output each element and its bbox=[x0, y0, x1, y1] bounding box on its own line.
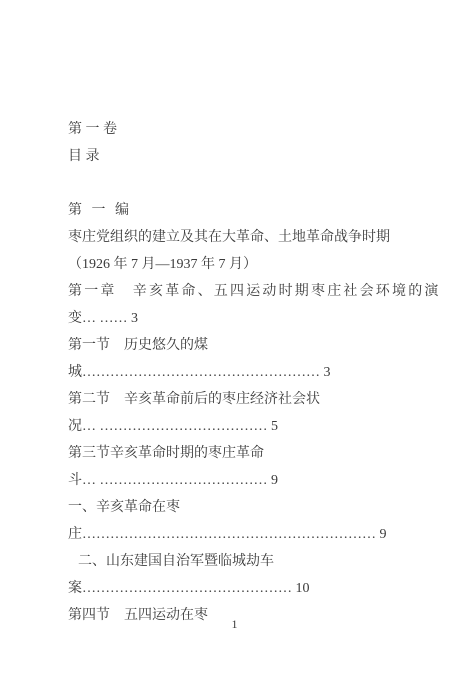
date-range: （1926 年 7 月—1937 年 7 月） bbox=[68, 251, 442, 278]
toc-entry-item1-wrap: 庄……………………………………………………… 9 bbox=[68, 521, 442, 548]
toc-entry-item2: 二、山东建国自治军暨临城劫车 bbox=[78, 548, 442, 575]
toc-entry-section1-wrap: 城…………………………………………… 3 bbox=[68, 359, 442, 386]
part-subtitle: 枣庄党组织的建立及其在大革命、土地革命战争时期 bbox=[68, 224, 442, 251]
toc-entry-chapter1: 第一章 辛亥革命、五四运动时期枣庄社会环境的演 bbox=[68, 278, 442, 305]
part-heading: 第 一 编 bbox=[68, 197, 442, 224]
document-page: 第 一 卷 目 录 第 一 编 枣庄党组织的建立及其在大革命、土地革命战争时期 … bbox=[0, 0, 469, 674]
toc-entry-section3: 第三节辛亥革命时期的枣庄革命 bbox=[68, 440, 442, 467]
page-number: 1 bbox=[0, 616, 469, 632]
toc-entry-section2-wrap: 况… ……………………………… 5 bbox=[68, 413, 442, 440]
toc-entry-section3-wrap: 斗… ……………………………… 9 bbox=[68, 467, 442, 494]
toc-content: 第 一 卷 目 录 第 一 编 枣庄党组织的建立及其在大革命、土地革命战争时期 … bbox=[68, 116, 442, 629]
volume-title: 第 一 卷 bbox=[68, 116, 442, 143]
toc-entry-section2: 第二节 辛亥革命前后的枣庄经济社会状 bbox=[68, 386, 442, 413]
toc-title: 目 录 bbox=[68, 143, 442, 170]
toc-entry-item2-wrap: 案……………………………………… 10 bbox=[68, 575, 442, 602]
toc-entry-chapter1-wrap: 变… …… 3 bbox=[68, 305, 442, 332]
toc-entry-item1: 一、辛亥革命在枣 bbox=[68, 494, 442, 521]
blank-line bbox=[68, 170, 442, 197]
toc-entry-section1: 第一节 历史悠久的煤 bbox=[68, 332, 442, 359]
